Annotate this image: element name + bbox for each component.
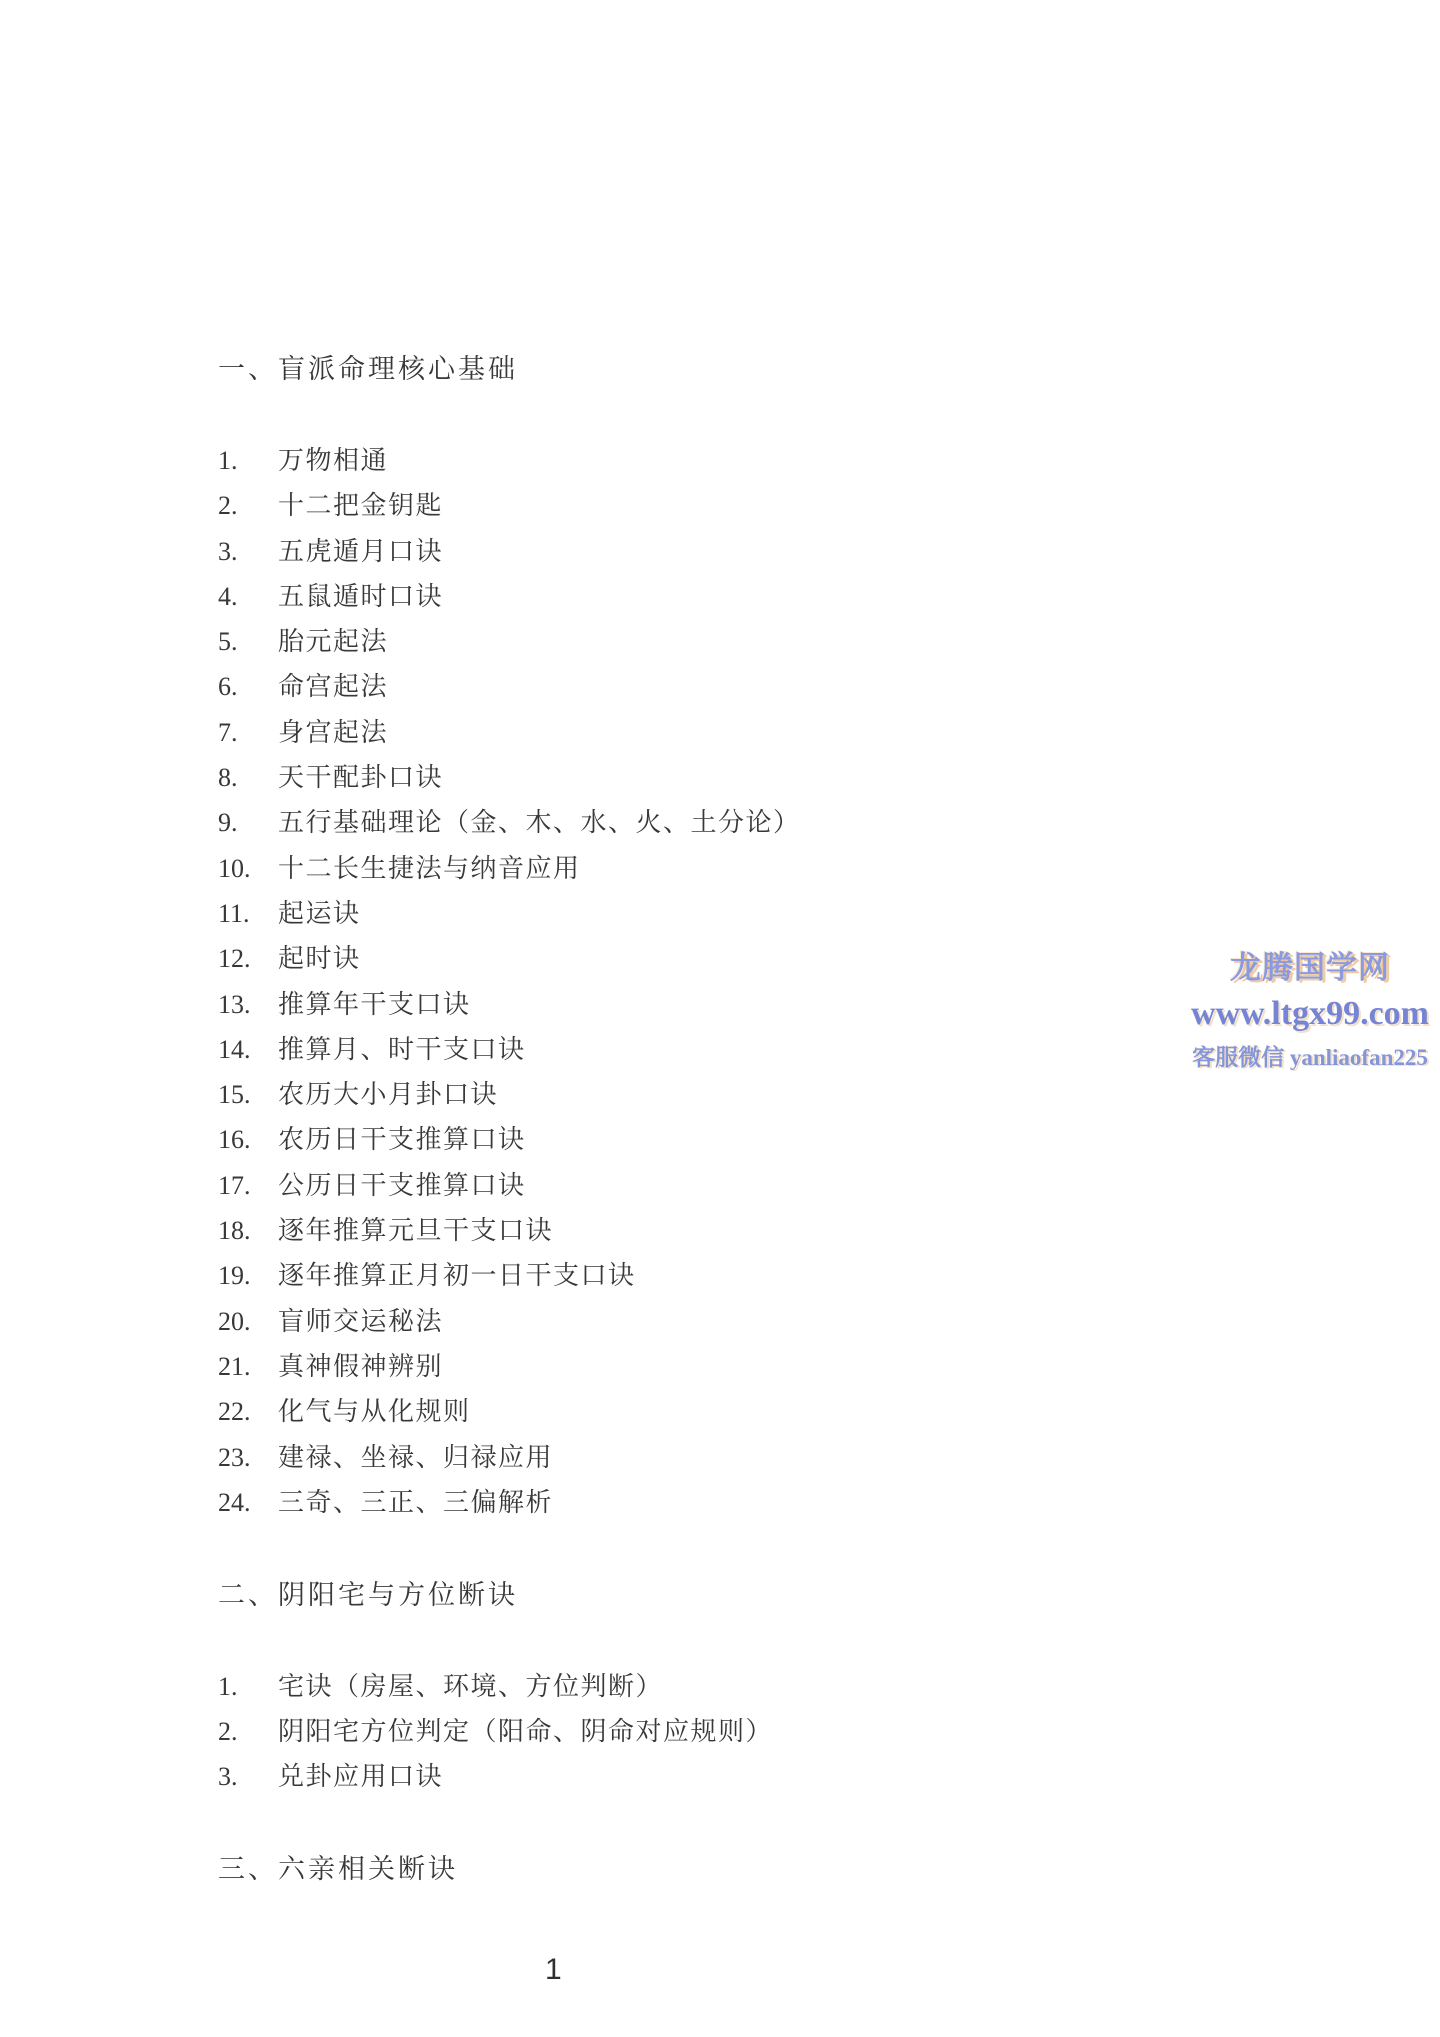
toc-item: 10.十二长生捷法与纳音应用 [218, 854, 1218, 884]
toc-item-number: 12. [218, 944, 278, 974]
toc-item-label: 五鼠遁时口诀 [278, 582, 443, 612]
toc-item-number: 3. [218, 537, 278, 567]
toc-section: 一、盲派命理核心基础1.万物相通2.十二把金钥匙3.五虎遁月口诀4.五鼠遁时口诀… [218, 353, 1218, 1518]
toc-item: 8.天干配卦口诀 [218, 763, 1218, 793]
toc-section: 二、阴阳宅与方位断诀1.宅诀（房屋、环境、方位判断）2.阴阳宅方位判定（阳命、阴… [218, 1579, 1218, 1793]
toc-item-number: 17. [218, 1171, 278, 1201]
page-number: 1 [545, 1953, 562, 1987]
toc-item-label: 逐年推算元旦干支口诀 [278, 1216, 553, 1246]
toc-item-label: 推算年干支口诀 [278, 990, 471, 1020]
toc-item-label: 天干配卦口诀 [278, 763, 443, 793]
toc-item-label: 万物相通 [278, 446, 388, 476]
toc-item-label: 命宫起法 [278, 672, 388, 702]
toc-item: 9.五行基础理论（金、木、水、火、土分论） [218, 808, 1218, 838]
toc-item-label: 五虎遁月口诀 [278, 537, 443, 567]
toc-item: 24.三奇、三正、三偏解析 [218, 1488, 1218, 1518]
toc-item-label: 五行基础理论（金、木、水、火、土分论） [278, 808, 801, 838]
toc-item: 1.宅诀（房屋、环境、方位判断） [218, 1672, 1218, 1702]
toc-item-number: 9. [218, 808, 278, 838]
toc-item-label: 起运诀 [278, 899, 361, 929]
toc-item-number: 10. [218, 854, 278, 884]
watermark-site-name: 龙腾国学网 [1182, 951, 1438, 985]
document-page: 一、盲派命理核心基础1.万物相通2.十二把金钥匙3.五虎遁月口诀4.五鼠遁时口诀… [0, 0, 1440, 2037]
toc-item-number: 11. [218, 899, 278, 929]
toc-item-number: 19. [218, 1261, 278, 1291]
toc-item-label: 公历日干支推算口诀 [278, 1171, 526, 1201]
toc-item-label: 逐年推算正月初一日干支口诀 [278, 1261, 636, 1291]
toc-item: 7.身宫起法 [218, 718, 1218, 748]
toc-item: 17.公历日干支推算口诀 [218, 1171, 1218, 1201]
toc-item-number: 18. [218, 1216, 278, 1246]
toc-item: 3.五虎遁月口诀 [218, 537, 1218, 567]
toc-item: 4.五鼠遁时口诀 [218, 582, 1218, 612]
toc-item: 3.兑卦应用口诀 [218, 1762, 1218, 1792]
toc-item-label: 宅诀（房屋、环境、方位判断） [278, 1672, 663, 1702]
toc-item-label: 十二长生捷法与纳音应用 [278, 854, 581, 884]
toc-item-number: 2. [218, 1717, 278, 1747]
toc-item: 2.十二把金钥匙 [218, 491, 1218, 521]
table-of-contents: 一、盲派命理核心基础1.万物相通2.十二把金钥匙3.五虎遁月口诀4.五鼠遁时口诀… [218, 353, 1218, 1946]
toc-item-number: 22. [218, 1397, 278, 1427]
toc-item-number: 23. [218, 1443, 278, 1473]
toc-item-label: 胎元起法 [278, 627, 388, 657]
toc-item: 22.化气与从化规则 [218, 1397, 1218, 1427]
section-heading: 三、六亲相关断诀 [218, 1853, 1218, 1885]
toc-item: 12.起时诀 [218, 944, 1218, 974]
toc-item: 21.真神假神辨别 [218, 1352, 1218, 1382]
toc-item-number: 2. [218, 491, 278, 521]
toc-item-number: 6. [218, 672, 278, 702]
toc-item: 13.推算年干支口诀 [218, 990, 1218, 1020]
toc-item-label: 三奇、三正、三偏解析 [278, 1488, 553, 1518]
toc-item: 16.农历日干支推算口诀 [218, 1125, 1218, 1155]
toc-item-number: 4. [218, 582, 278, 612]
toc-section: 三、六亲相关断诀 [218, 1853, 1218, 1885]
toc-item: 5.胎元起法 [218, 627, 1218, 657]
section-item-list: 1.宅诀（房屋、环境、方位判断）2.阴阳宅方位判定（阳命、阴命对应规则）3.兑卦… [218, 1672, 1218, 1793]
toc-item-number: 1. [218, 1672, 278, 1702]
toc-item-label: 盲师交运秘法 [278, 1307, 443, 1337]
toc-item-label: 推算月、时干支口诀 [278, 1035, 526, 1065]
toc-item-label: 化气与从化规则 [278, 1397, 471, 1427]
watermark-contact: 客服微信 yanliaofan225 [1182, 1046, 1438, 1070]
toc-item-number: 8. [218, 763, 278, 793]
toc-item: 1.万物相通 [218, 446, 1218, 476]
toc-item-label: 农历大小月卦口诀 [278, 1080, 498, 1110]
toc-item: 20.盲师交运秘法 [218, 1307, 1218, 1337]
toc-item-number: 20. [218, 1307, 278, 1337]
toc-item-number: 21. [218, 1352, 278, 1382]
watermark-url: www.ltgx99.com [1182, 999, 1438, 1029]
toc-item-label: 起时诀 [278, 944, 361, 974]
toc-item: 6.命宫起法 [218, 672, 1218, 702]
toc-item-number: 14. [218, 1035, 278, 1065]
toc-item: 15.农历大小月卦口诀 [218, 1080, 1218, 1110]
toc-item-label: 真神假神辨别 [278, 1352, 443, 1382]
section-heading: 二、阴阳宅与方位断诀 [218, 1579, 1218, 1611]
toc-item-number: 15. [218, 1080, 278, 1110]
section-heading: 一、盲派命理核心基础 [218, 353, 1218, 385]
toc-item: 14.推算月、时干支口诀 [218, 1035, 1218, 1065]
toc-item: 19.逐年推算正月初一日干支口诀 [218, 1261, 1218, 1291]
watermark: 龙腾国学网 www.ltgx99.com 客服微信 yanliaofan225 [1182, 951, 1438, 1070]
toc-item: 18.逐年推算元旦干支口诀 [218, 1216, 1218, 1246]
toc-item-label: 农历日干支推算口诀 [278, 1125, 526, 1155]
toc-item-number: 16. [218, 1125, 278, 1155]
toc-item-label: 阴阳宅方位判定（阳命、阴命对应规则） [278, 1717, 773, 1747]
toc-item-label: 身宫起法 [278, 718, 388, 748]
toc-item-label: 建禄、坐禄、归禄应用 [278, 1443, 553, 1473]
toc-item: 2.阴阳宅方位判定（阳命、阴命对应规则） [218, 1717, 1218, 1747]
toc-item-label: 兑卦应用口诀 [278, 1762, 443, 1792]
toc-item-number: 7. [218, 718, 278, 748]
toc-item-number: 1. [218, 446, 278, 476]
toc-item: 11.起运诀 [218, 899, 1218, 929]
section-item-list: 1.万物相通2.十二把金钥匙3.五虎遁月口诀4.五鼠遁时口诀5.胎元起法6.命宫… [218, 446, 1218, 1518]
toc-item-label: 十二把金钥匙 [278, 491, 443, 521]
toc-item-number: 24. [218, 1488, 278, 1518]
toc-item-number: 13. [218, 990, 278, 1020]
toc-item: 23.建禄、坐禄、归禄应用 [218, 1443, 1218, 1473]
toc-item-number: 3. [218, 1762, 278, 1792]
toc-item-number: 5. [218, 627, 278, 657]
